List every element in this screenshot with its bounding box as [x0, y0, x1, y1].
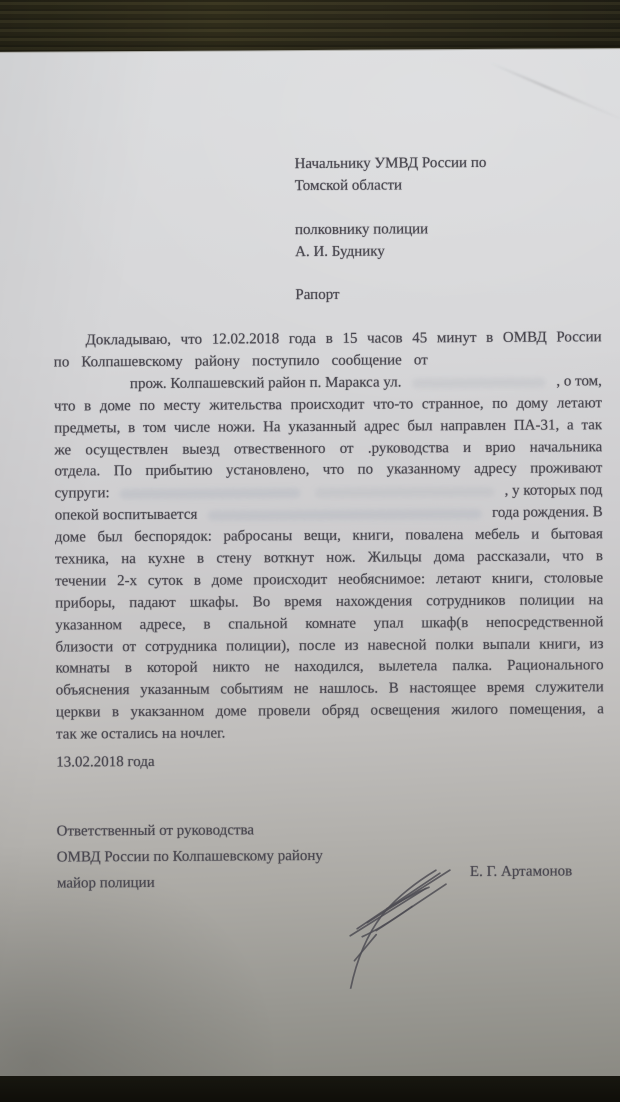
body-line: приборы, падают шкафы. Во время нахожден…: [55, 590, 603, 615]
body-line-text: по Колпашевскому району поступило сообще…: [54, 350, 428, 374]
table-surface-top: [0, 0, 620, 56]
redaction-gap: [401, 371, 556, 394]
body-line: что в доме по месту жительства происходи…: [54, 393, 602, 418]
body-line-text: супруги:: [55, 484, 110, 506]
body-line: церкви в укакзанном доме провели обряд о…: [56, 699, 604, 724]
signoff-block: Ответственный от руководства ОМВД России…: [57, 817, 324, 897]
body-line: Докладываю, что 12.02.2018 года в 15 час…: [54, 327, 602, 352]
redaction-smudge: [314, 487, 494, 498]
body-line: течении 2-х суток в доме происходит необ…: [55, 568, 603, 593]
redaction-gap: [197, 503, 492, 527]
photo-of-document: Начальнику УМВД России по Томской област…: [0, 0, 620, 1102]
body-line: техника, на кухне в стену воткнут нож. Ж…: [55, 546, 603, 571]
body-line-text: , у которых под: [504, 481, 602, 503]
signoff-line: майор полиции: [57, 869, 323, 897]
table-surface-bottom: [0, 1076, 620, 1102]
document-date: 13.02.2018 года: [56, 752, 155, 775]
signoff-line: Ответственный от руководства: [57, 817, 323, 845]
body-line: так же остались на ночлег.: [56, 721, 604, 746]
redaction-smudge: [207, 509, 482, 521]
typed-content: Начальнику УМВД России по Томской област…: [52, 152, 604, 746]
body-line: предметы, в том числе ножи. На указанный…: [54, 415, 602, 440]
body-line-text: , о том,: [556, 371, 602, 393]
body-line-text: опекой воспитывается: [55, 505, 198, 528]
redaction-gap: [110, 481, 505, 505]
handwritten-signature: [331, 788, 472, 989]
signoff-line: ОМВД России по Колпашевскому району: [57, 843, 323, 871]
body-line: указанном адресе, в спальной комнате упа…: [55, 612, 603, 637]
signer-name: Е. Г. Артамонов: [470, 861, 572, 884]
paper-crease: [490, 62, 620, 123]
body-line-with-redaction: прож. Колпашевский район п. Маракса ул. …: [54, 371, 602, 396]
body-line-text: прож. Колпашевский район п. Маракса ул.: [130, 372, 402, 396]
body-line-text: года рождения. В: [492, 502, 603, 525]
paper-sheet: Начальнику УМВД России по Томской област…: [0, 48, 620, 1081]
redaction-smudge: [120, 488, 300, 499]
redaction-smudge: [411, 377, 546, 388]
